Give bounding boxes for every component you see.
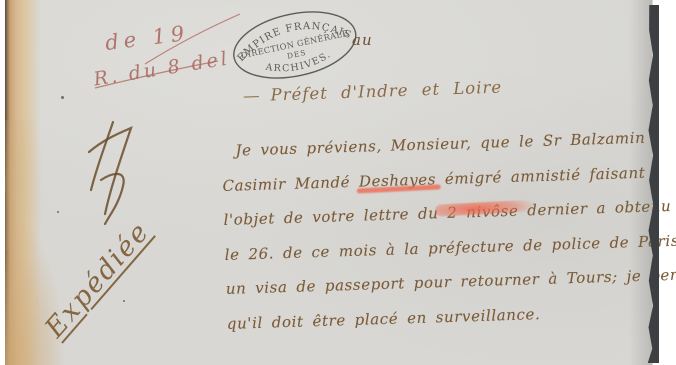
body-line2-prefix: Casimir Mandé [222,172,359,194]
heading-dash: — [243,86,261,106]
letter-body: Je vous préviens, Monsieur, que le Sr Ba… [221,122,667,343]
ink-speck [57,211,59,213]
paper-right-edge-shadow [629,0,653,365]
ink-speck [61,96,64,99]
marginal-paraph-flourish [77,118,151,228]
underlined-name: Deshayes [359,170,437,190]
registry-annotation-strokes [90,6,255,101]
paper-stain-bottomleft [5,175,83,365]
ink-speck [123,300,125,302]
addressee-prefix: au [352,31,373,49]
scanned-document: EMPIRE FRANÇAIS DIRECTION GÉNÉRALE DES A… [0,0,676,365]
paper-sheet: EMPIRE FRANÇAIS DIRECTION GÉNÉRALE DES A… [5,0,652,365]
body-line2-suffix: émigré amnistié faisant [436,163,646,188]
